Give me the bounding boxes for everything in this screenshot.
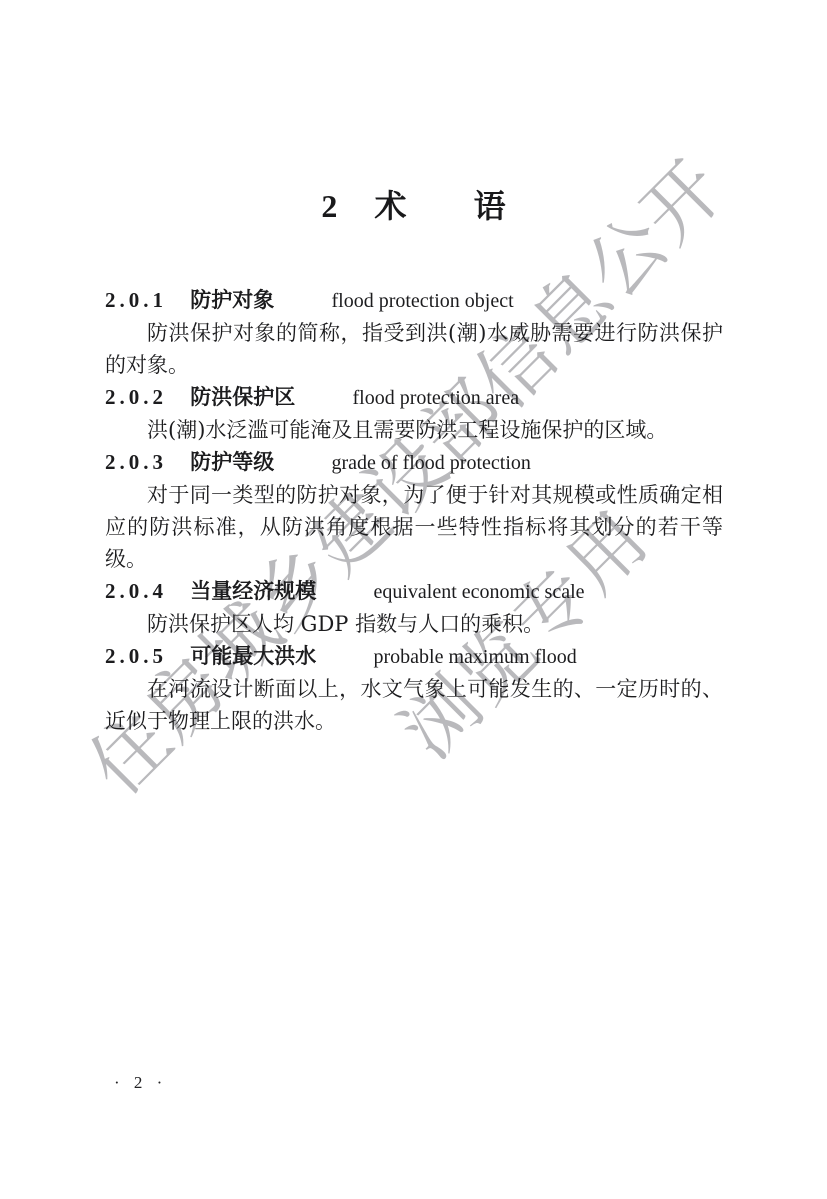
term-name-zh: 当量经济规模 [190, 579, 316, 603]
term-name-zh: 防护对象 [190, 288, 274, 312]
term-definition: 对于同一类型的防护对象，为了便于针对其规模或性质确定相应的防洪标准，从防洪角度根… [105, 479, 723, 575]
term-number: 2.0.3 [105, 450, 167, 474]
chapter-title-word-1: 术 [374, 187, 406, 225]
term-number: 2.0.5 [105, 644, 167, 668]
term-definition: 防洪保护对象的简称，指受到洪(潮)水威胁需要进行防洪保护的对象。 [105, 317, 723, 381]
term-heading: 2.0.2 防洪保护区 flood protection area [105, 381, 723, 414]
term-name-en: probable maximum flood [374, 646, 577, 668]
term-definition: 在河流设计断面以上，水文气象上可能发生的、一定历时的、近似于物理上限的洪水。 [105, 673, 723, 737]
term-name-en: grade of flood protection [332, 452, 531, 474]
term-number: 2.0.4 [105, 579, 167, 603]
term-name-zh: 防洪保护区 [190, 385, 295, 409]
terminology-section: 2.0.1 防护对象 flood protection object 防洪保护对… [105, 284, 723, 737]
term-number: 2.0.2 [105, 385, 167, 409]
term-name-zh: 可能最大洪水 [190, 644, 316, 668]
term-name-en: flood protection object [332, 290, 514, 312]
page-number: · 2 · [114, 1070, 167, 1096]
chapter-number: 2 [321, 188, 337, 224]
term-name-en: equivalent economic scale [374, 581, 585, 603]
term-number: 2.0.1 [105, 288, 167, 312]
term-heading: 2.0.4 当量经济规模 equivalent economic scale [105, 575, 723, 608]
term-name-en: flood protection area [353, 387, 520, 409]
term-definition: 洪(潮)水泛滥可能淹及且需要防洪工程设施保护的区域。 [105, 414, 723, 446]
term-name-zh: 防护等级 [190, 450, 274, 474]
term-definition: 防洪保护区人均 GDP 指数与人口的乘积。 [105, 608, 723, 640]
chapter-title: 2 术 语 [0, 186, 827, 226]
term-heading: 2.0.1 防护对象 flood protection object [105, 284, 723, 317]
term-heading: 2.0.3 防护等级 grade of flood protection [105, 446, 723, 479]
term-heading: 2.0.5 可能最大洪水 probable maximum flood [105, 640, 723, 673]
chapter-title-word-2: 语 [474, 187, 506, 225]
document-page: 住房城乡建设部信息公开 浏览专用 2 术 语 2.0.1 防护对象 flood … [0, 0, 827, 1199]
